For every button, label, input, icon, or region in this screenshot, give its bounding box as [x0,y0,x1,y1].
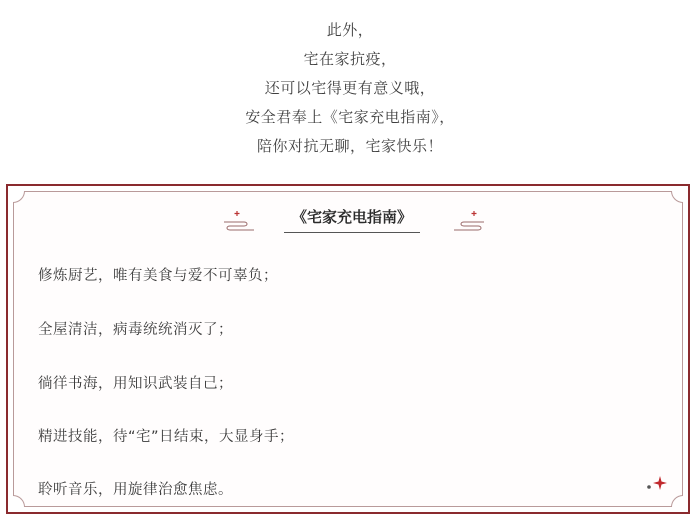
guide-card-inner-frame: 《宅家充电指南》 修炼厨艺，唯有美食与爱不可辜负； 全屋清洁，病毒统统消灭了； … [13,191,683,507]
card-title-row: 《宅家充电指南》 [14,206,682,236]
intro-line: 宅在家抗疫， [0,45,700,74]
frame-corner [13,191,25,203]
frame-corner [13,495,25,507]
guide-item: 修炼厨艺，唯有美食与爱不可辜负； [38,264,278,285]
frame-corner [671,495,683,507]
cloud-ornament-icon [222,210,256,232]
guide-card: 《宅家充电指南》 修炼厨艺，唯有美食与爱不可辜负； 全屋清洁，病毒统统消灭了； … [6,184,690,514]
intro-line: 安全君奉上《宅家充电指南》， [0,103,700,132]
guide-item: 徜徉书海，用知识武装自己； [38,372,233,393]
intro-line: 此外， [0,16,700,45]
guide-item: 全屋清洁，病毒统统消灭了； [38,318,233,339]
intro-text: 此外， 宅在家抗疫， 还可以宅得更有意义哦， 安全君奉上《宅家充电指南》， 陪你… [0,16,700,161]
card-title: 《宅家充电指南》 [284,206,420,233]
guide-item: 聆听音乐，用旋律治愈焦虑。 [38,478,233,499]
sparkle-icon [642,474,668,494]
cloud-ornament-icon [452,210,486,232]
guide-item: 精进技能，待“宅”日结束，大显身手； [38,425,294,446]
intro-line: 还可以宅得更有意义哦， [0,74,700,103]
intro-line: 陪你对抗无聊，宅家快乐！ [0,132,700,161]
frame-corner [671,191,683,203]
